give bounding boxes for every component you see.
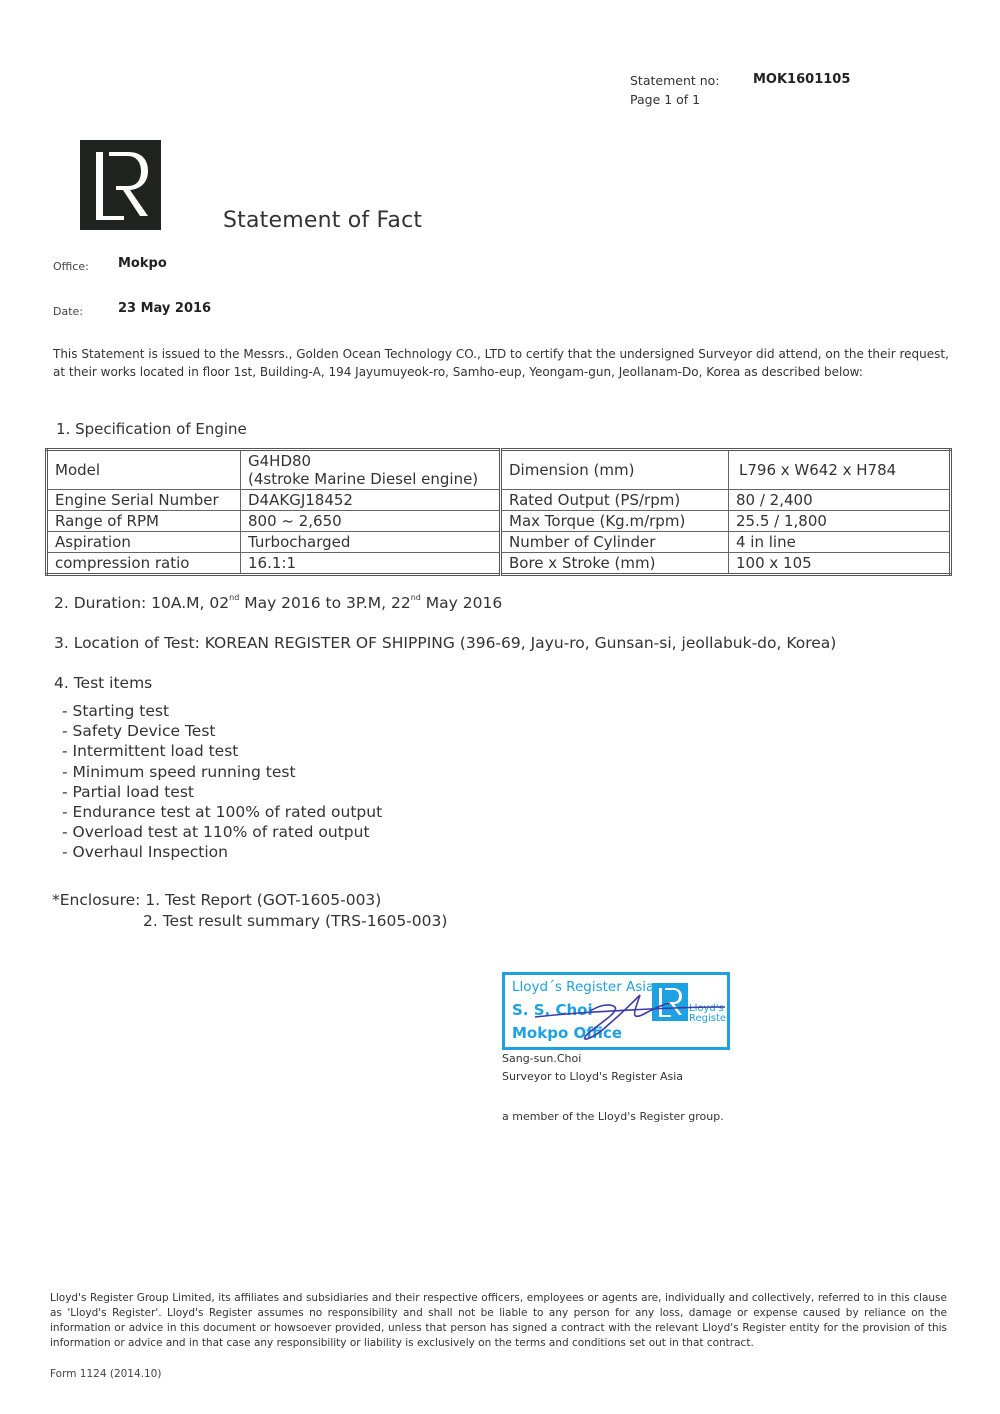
table-row: Aspiration Turbocharged Number of Cylind…	[47, 532, 951, 553]
stamp-org: Lloyd´s Register Asia	[512, 979, 654, 995]
surveyor-stamp: Lloyd´s Register Asia S. S. Choi Mokpo O…	[502, 972, 730, 1050]
list-item: - Safety Device Test	[62, 721, 382, 741]
date-value: 23 May 2016	[118, 301, 211, 316]
table-row: compression ratio 16.1:1 Bore x Stroke (…	[47, 553, 951, 575]
list-item: - Overhaul Inspection	[62, 842, 382, 862]
table-row: Range of RPM 800 ~ 2,650 Max Torque (Kg.…	[47, 511, 951, 532]
spec-label: Number of Cylinder	[501, 532, 729, 553]
enclosure-line: 2. Test result summary (TRS-1605-003)	[52, 911, 447, 932]
test-items-list: - Starting test - Safety Device Test - I…	[62, 701, 382, 863]
list-item: - Starting test	[62, 701, 382, 721]
model-name: G4HD80	[248, 452, 492, 470]
duration-start: 2. Duration: 10A.M, 02	[54, 594, 229, 612]
page-indicator: Page 1 of 1	[630, 92, 700, 107]
office-label: Office:	[53, 260, 89, 273]
ordinal-suffix: nd	[229, 593, 239, 602]
section-engine-spec-title: 1. Specification of Engine	[56, 420, 247, 438]
section-location: 3. Location of Test: KOREAN REGISTER OF …	[54, 634, 836, 652]
duration-middle: May 2016 to 3P.M, 22	[239, 594, 410, 612]
list-item: - Endurance test at 100% of rated output	[62, 802, 382, 822]
spec-value: 80 / 2,400	[729, 490, 951, 511]
section-duration: 2. Duration: 10A.M, 02nd May 2016 to 3P.…	[54, 594, 502, 612]
table-row: Model G4HD80 (4stroke Marine Diesel engi…	[47, 450, 951, 490]
spec-label: Rated Output (PS/rpm)	[501, 490, 729, 511]
intro-paragraph: This Statement is issued to the Messrs.,…	[53, 346, 953, 381]
form-number: Form 1124 (2014.10)	[50, 1368, 161, 1380]
spec-label: Engine Serial Number	[47, 490, 241, 511]
spec-value: G4HD80 (4stroke Marine Diesel engine)	[241, 450, 501, 490]
enclosure-block: *Enclosure: 1. Test Report (GOT-1605-003…	[52, 890, 447, 932]
lloyds-register-logo-icon	[80, 140, 161, 230]
spec-value: 16.1:1	[241, 553, 501, 575]
enclosure-line: *Enclosure: 1. Test Report (GOT-1605-003…	[52, 890, 447, 911]
office-value: Mokpo	[118, 256, 167, 271]
stamp-brand: Lloyd'sRegister	[689, 1004, 730, 1024]
surveyor-name: Sang-sun.Choi	[502, 1052, 581, 1065]
table-row: Engine Serial Number D4AKGJ18452 Rated O…	[47, 490, 951, 511]
spec-label: Range of RPM	[47, 511, 241, 532]
date-label: Date:	[53, 305, 83, 318]
spec-value: 4 in line	[729, 532, 951, 553]
spec-value: 100 x 105	[729, 553, 951, 575]
model-description: (4stroke Marine Diesel engine)	[248, 470, 492, 488]
spec-value: 25.5 / 1,800	[729, 511, 951, 532]
surveyor-title: Surveyor to Lloyd's Register Asia	[502, 1070, 683, 1083]
section-test-items-title: 4. Test items	[54, 674, 152, 692]
legal-disclaimer: Lloyd's Register Group Limited, its affi…	[50, 1291, 947, 1351]
lloyds-register-logo-icon	[652, 983, 688, 1021]
spec-value: D4AKGJ18452	[241, 490, 501, 511]
spec-label: Bore x Stroke (mm)	[501, 553, 729, 575]
stamp-office: Mokpo Office	[512, 1024, 622, 1042]
statement-no-label: Statement no:	[630, 73, 720, 88]
spec-value: L796 x W642 x H784	[729, 450, 951, 490]
spec-label: Aspiration	[47, 532, 241, 553]
list-item: - Minimum speed running test	[62, 762, 382, 782]
spec-value: 800 ~ 2,650	[241, 511, 501, 532]
duration-end: May 2016	[421, 594, 502, 612]
member-note: a member of the Lloyd's Register group.	[502, 1110, 724, 1123]
ordinal-suffix: nd	[411, 593, 421, 602]
list-item: - Intermittent load test	[62, 741, 382, 761]
statement-no: MOK1601105	[753, 72, 850, 87]
document-title: Statement of Fact	[223, 208, 422, 233]
spec-label: Model	[47, 450, 241, 490]
spec-label: Max Torque (Kg.m/rpm)	[501, 511, 729, 532]
list-item: - Overload test at 110% of rated output	[62, 822, 382, 842]
spec-value: Turbocharged	[241, 532, 501, 553]
engine-spec-table: Model G4HD80 (4stroke Marine Diesel engi…	[45, 448, 952, 576]
spec-label: Dimension (mm)	[501, 450, 729, 490]
spec-label: compression ratio	[47, 553, 241, 575]
stamp-name: S. S. Choi	[512, 1001, 593, 1019]
list-item: - Partial load test	[62, 782, 382, 802]
